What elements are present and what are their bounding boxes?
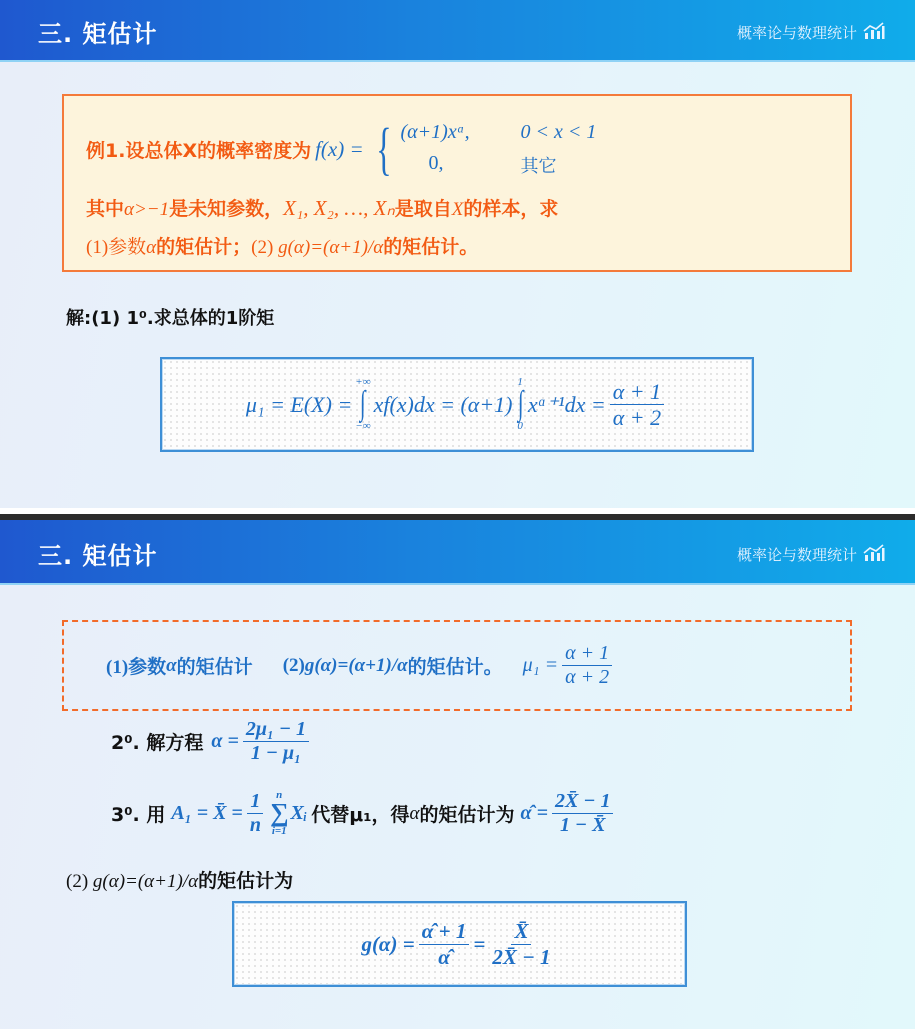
text: (2)	[283, 655, 305, 677]
example-density-line: 例1.设总体X的概率密度为 f(x) = { (α+1)xᵅ, 0 < x < …	[86, 114, 631, 184]
denominator: 1 − X̄	[557, 814, 608, 837]
text: (1)参数	[86, 237, 146, 258]
alpha: α	[146, 237, 156, 258]
example-intro: 例1.设总体X的概率密度为	[86, 136, 311, 163]
denominator: α̂	[435, 945, 453, 969]
numerator: 2X̄ − 1	[552, 790, 613, 814]
formula-lhs: μ₁ = E(X) =	[246, 392, 352, 418]
text: 的矩估计；	[156, 236, 251, 258]
mu1-lhs: μ₁ =	[523, 654, 559, 677]
course-name: 概率论与数理统计	[737, 544, 857, 565]
numerator: 2μ₁ − 1	[243, 718, 309, 742]
slide-2: 三. 矩估计 概率论与数理统计 (1)参数α的矩估计 (2) g(α)=(α+1…	[0, 520, 915, 1029]
formula-lhs: g(α) =	[361, 932, 414, 957]
cases: (α+1)xᵅ, 0 < x < 1 0, 其它	[401, 121, 631, 178]
denominator: α + 2	[562, 666, 612, 689]
bar-chart-icon	[863, 544, 885, 562]
one-over-n: 1 n	[247, 790, 264, 837]
integral-sign: ∫	[360, 388, 366, 420]
formula-lhs: α =	[211, 730, 238, 753]
slide-header: 三. 矩估计 概率论与数理统计	[0, 520, 915, 585]
case2-cond: 其它	[521, 152, 631, 178]
g-alpha: g(α)=(α+1)/α	[93, 871, 198, 892]
var-X: X	[452, 199, 464, 220]
alpha: α	[410, 803, 420, 825]
solution-heading: 解:(1) 1⁰.求总体的1阶矩	[66, 304, 274, 330]
numerator: 1	[247, 790, 263, 814]
denominator: 2X̄ − 1	[489, 945, 553, 969]
lower-limit: i=1	[272, 826, 287, 837]
case1-expr: (α+1)xᵅ,	[401, 121, 521, 144]
alpha-hat-lhs: α̂ =	[521, 802, 548, 825]
first-moment-formula: μ₁ = E(X) = +∞ ∫ −∞ xf(x)dx = (α+1) 1 ∫ …	[162, 359, 752, 450]
step-label: 3⁰. 用	[111, 800, 165, 827]
text: 是取自	[395, 198, 452, 220]
numerator: α + 1	[562, 642, 612, 666]
part2-heading: (2) g(α)=(α+1)/α的矩估计为	[66, 866, 293, 893]
denominator: α + 2	[610, 405, 664, 430]
text: 其中	[86, 198, 124, 220]
numerator: α̂ + 1	[419, 919, 470, 944]
fraction: 2X̄ − 1 1 − X̄	[552, 790, 613, 837]
example-box: 例1.设总体X的概率密度为 f(x) = { (α+1)xᵅ, 0 < x < …	[62, 94, 852, 272]
text: (2)	[251, 237, 278, 258]
g-alpha: g(α)=(α+1)/α	[278, 237, 383, 258]
g-alpha-formula: g(α) = α̂ + 1 α̂ = X̄ 2X̄ − 1	[234, 903, 685, 985]
integral-1: +∞ ∫ −∞	[355, 377, 370, 431]
text: 代替μ₁，得	[311, 800, 409, 827]
xi: Xᵢ	[291, 802, 308, 825]
mu1-fraction: α + 1 α + 2	[562, 642, 612, 689]
numerator: α + 1	[610, 379, 664, 405]
denominator: n	[247, 814, 264, 837]
fraction-1: α̂ + 1 α̂	[419, 919, 470, 968]
case1-cond: 0 < x < 1	[521, 121, 631, 144]
text: 的矩估计。	[408, 652, 503, 679]
example-line-2: 其中α>−1是未知参数，X₁, X₂, …, Xₙ是取自X的样本，求	[86, 194, 558, 221]
first-moment-formula-box: μ₁ = E(X) = +∞ ∫ −∞ xf(x)dx = (α+1) 1 ∫ …	[160, 357, 754, 452]
text: 的矩估计。	[383, 236, 478, 258]
integral-sign: ∫	[517, 388, 523, 420]
alpha: α	[166, 655, 177, 677]
text: (1)参数	[106, 652, 166, 679]
fraction: 2μ₁ − 1 1 − μ₁	[243, 718, 309, 765]
fx-label: f(x) =	[315, 137, 364, 162]
recap-box: (1)参数α的矩估计 (2) g(α)=(α+1)/α的矩估计。 μ₁ = α …	[62, 620, 852, 711]
sample-mean-lhs: A₁ = X̄ =	[171, 802, 242, 825]
integral-2: 1 ∫ 0	[516, 377, 525, 431]
slide-1: 三. 矩估计 概率论与数理统计 例1.设总体X的概率密度为 f(x) = { (…	[0, 0, 915, 508]
text: 的矩估计为	[198, 870, 293, 892]
text: (2)	[66, 871, 93, 892]
text: 的样本，求	[463, 198, 558, 220]
step3-sample-mean: A₁ = X̄ = 1 n n ∑ i=1 Xᵢ	[171, 790, 307, 837]
slide-title: 三. 矩估计	[38, 536, 157, 571]
result-fraction: α + 1 α + 2	[610, 379, 664, 431]
step-2: 2⁰. 解方程 α = 2μ₁ − 1 1 − μ₁	[111, 718, 313, 765]
g-alpha: g(α)=(α+1)/α	[305, 655, 408, 677]
g-alpha-formula-box: g(α) = α̂ + 1 α̂ = X̄ 2X̄ − 1	[232, 901, 687, 987]
alpha-condition: α>−1	[124, 199, 169, 220]
step2-formula: α = 2μ₁ − 1 1 − μ₁	[211, 718, 313, 765]
equals: =	[473, 932, 485, 957]
integrand-1: xf(x)dx = (α+1)	[374, 392, 513, 418]
step-label: 2⁰. 解方程	[111, 728, 203, 755]
text: 是未知参数，	[169, 198, 283, 220]
piecewise-density: f(x) = { (α+1)xᵅ, 0 < x < 1 0, 其它	[315, 120, 630, 178]
sample-list: X₁, X₂, …, Xₙ	[283, 196, 395, 220]
alpha-hat-formula: α̂ = 2X̄ − 1 1 − X̄	[521, 790, 618, 837]
brace: {	[376, 120, 391, 178]
integrand-2: xᵅ⁺¹dx =	[528, 392, 606, 418]
fraction-2: X̄ 2X̄ − 1	[489, 919, 553, 968]
numerator: X̄	[511, 919, 531, 944]
slide-header: 三. 矩估计 概率论与数理统计	[0, 0, 915, 62]
case2-expr: 0,	[401, 152, 521, 178]
summation: n ∑ i=1	[270, 790, 289, 837]
recap-line: (1)参数α的矩估计 (2) g(α)=(α+1)/α的矩估计。 μ₁ = α …	[106, 622, 616, 709]
bar-chart-icon	[863, 22, 885, 40]
text: 的矩估计	[177, 652, 253, 679]
text: 的矩估计为	[420, 800, 515, 827]
example-line-3: (1)参数α的矩估计；(2) g(α)=(α+1)/α的矩估计。	[86, 232, 478, 259]
course-name: 概率论与数理统计	[737, 22, 857, 43]
step-3: 3⁰. 用 A₁ = X̄ = 1 n n ∑ i=1 Xᵢ 代替μ₁，得α的矩…	[111, 790, 617, 837]
denominator: 1 − μ₁	[248, 742, 304, 765]
slide-title: 三. 矩估计	[38, 14, 157, 49]
sigma-sign: ∑	[270, 801, 289, 826]
